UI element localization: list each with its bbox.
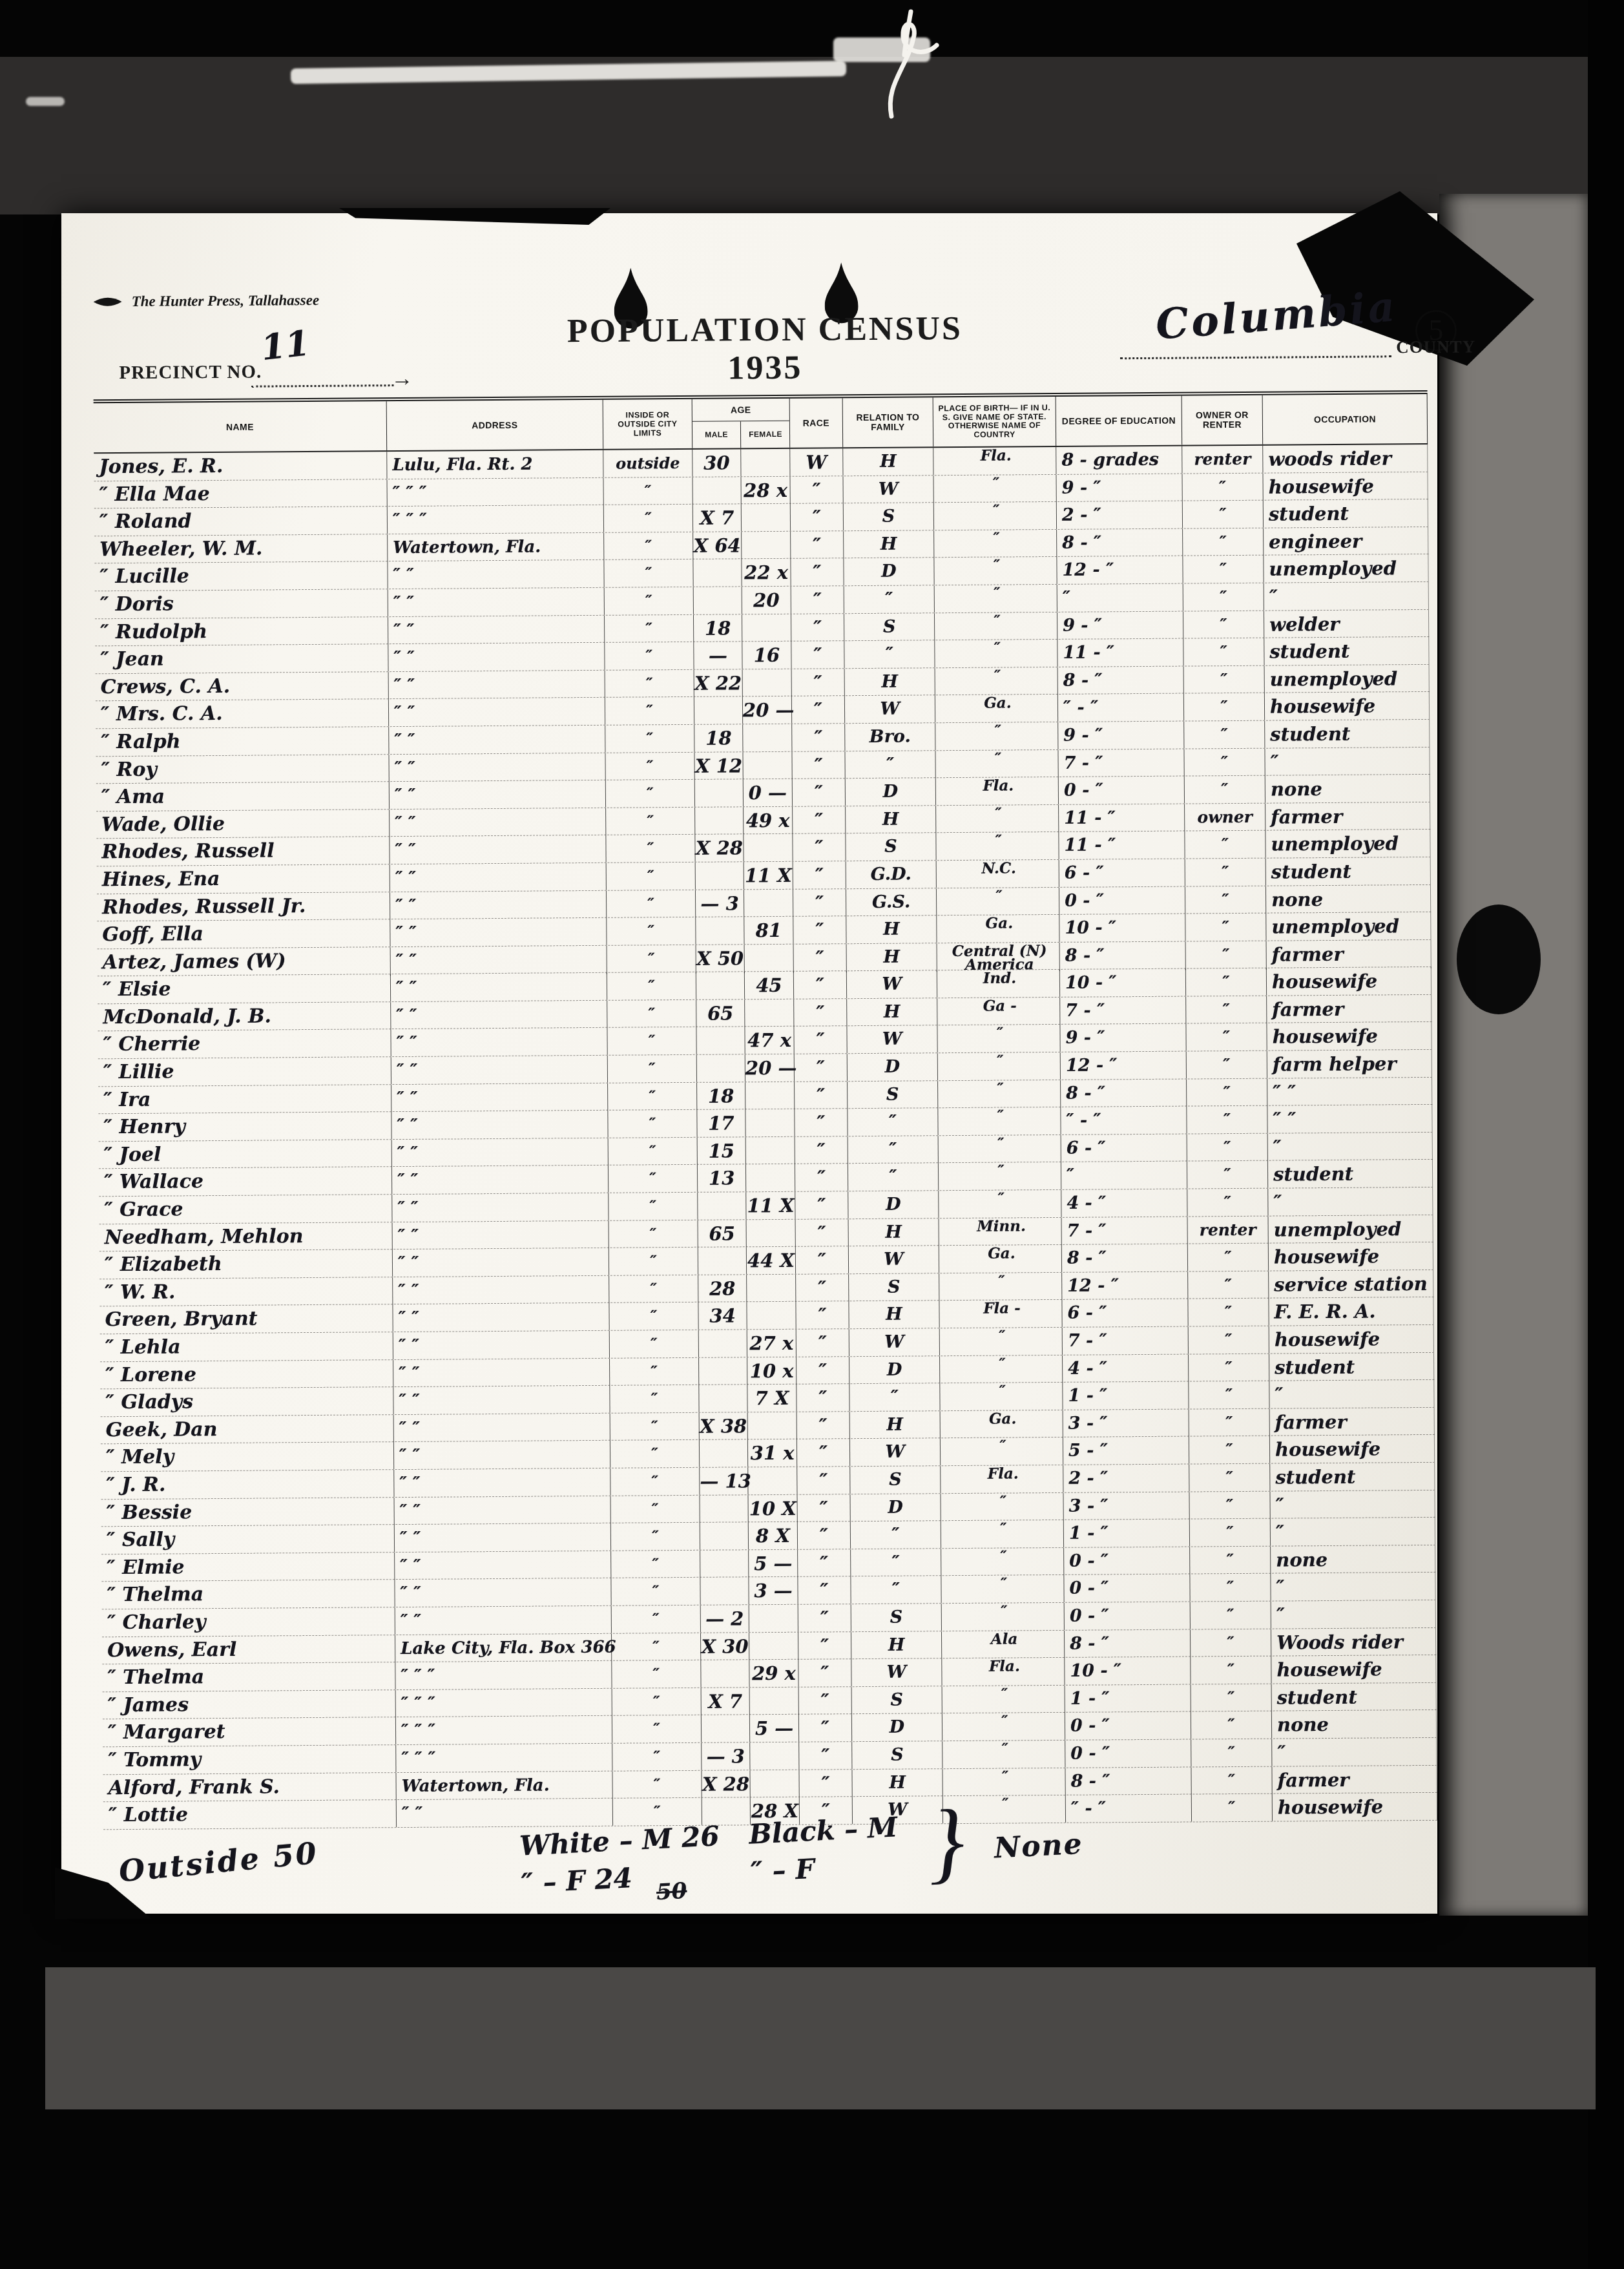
cell-occupation: housewife xyxy=(1269,1325,1434,1354)
cell-address: ″ ″ xyxy=(390,890,607,919)
cell-relation: H xyxy=(846,915,937,943)
cell-name: Owens, Earl xyxy=(102,1635,395,1664)
cell-name: Rhodes, Russell xyxy=(96,837,390,866)
cell-education: 0 - ″ xyxy=(1065,1739,1191,1767)
printer-imprint-text: The Hunter Press, Tallahassee xyxy=(131,292,319,310)
cell-relation: H xyxy=(846,806,936,833)
cell-male xyxy=(693,477,742,505)
cell-owner: ″ xyxy=(1183,583,1264,611)
cell-owner: ″ xyxy=(1189,1436,1270,1464)
cell-male: — 3 xyxy=(702,1742,750,1770)
cell-relation: ″ xyxy=(844,640,935,668)
cell-address: ″ ″ xyxy=(388,643,605,671)
age-label: Age xyxy=(692,399,789,422)
cell-owner: ″ xyxy=(1191,1684,1272,1711)
cell-birth: ″ xyxy=(935,667,1058,695)
cell-occupation: housewife xyxy=(1271,1655,1436,1684)
cell-birth: ″ xyxy=(936,805,1059,833)
cell-name: ″ Lucille xyxy=(94,562,388,591)
cell-birth: Ga. xyxy=(939,1245,1062,1273)
cell-relation: D xyxy=(848,1053,938,1081)
cell-name: ″ W. R. xyxy=(99,1277,393,1306)
cell-male: 18 xyxy=(697,1082,745,1110)
cell-male xyxy=(700,1578,749,1605)
cell-address: ″ ″ xyxy=(390,863,607,892)
census-rows: Jones, E. R.Lulu, Fla. Rt. 2outside30WHF… xyxy=(94,444,1437,1830)
cell-race: ″ xyxy=(791,586,844,614)
col-header-birth: Place of Birth— If in U. S. Give Name of… xyxy=(933,397,1057,446)
cell-female xyxy=(745,999,794,1027)
cell-education: 11 - ″ xyxy=(1059,804,1185,831)
cell-birth: ″ xyxy=(940,1383,1063,1410)
cell-education: 7 - ″ xyxy=(1062,1217,1188,1244)
cell-relation: ″ xyxy=(844,585,935,613)
cell-birth: Ga. xyxy=(941,1410,1063,1438)
cell-name: ″ Rudolph xyxy=(95,617,388,646)
cell-female xyxy=(748,1467,797,1495)
cell-occupation: student xyxy=(1264,499,1428,528)
cell-birth: ″ xyxy=(939,1273,1062,1301)
cell-male: X 38 xyxy=(700,1412,748,1440)
cell-occupation: farmer xyxy=(1267,995,1431,1023)
black-none-note: None xyxy=(994,1828,1085,1885)
cell-male: — 3 xyxy=(696,890,744,917)
cell-occupation: ″ xyxy=(1271,1573,1435,1601)
cell-race: ″ xyxy=(793,806,846,834)
cell-birth: N.C. xyxy=(937,860,1059,888)
cell-relation: S xyxy=(851,1604,942,1631)
cell-address: ″ ″ xyxy=(389,698,605,726)
cell-relation: S xyxy=(848,1081,938,1109)
cell-relation: W xyxy=(849,1246,939,1273)
cell-occupation: student xyxy=(1266,857,1431,886)
cell-race: ″ xyxy=(791,503,844,531)
cell-relation: H xyxy=(845,668,935,696)
cell-owner: ″ xyxy=(1187,1078,1267,1106)
cell-occupation: student xyxy=(1265,720,1430,748)
cell-race: ″ xyxy=(794,1027,847,1054)
cell-limits: ″ xyxy=(605,697,694,725)
cell-name: ″ Mely xyxy=(101,1442,394,1471)
cell-address: ″ ″ xyxy=(391,1028,607,1056)
cell-address: ″ ″ xyxy=(389,726,605,754)
black-male-count: Black – M xyxy=(748,1808,899,1854)
precinct-value: 11 xyxy=(259,322,312,368)
cell-limits: ″ xyxy=(610,1440,700,1468)
cell-address: ″ ″ xyxy=(393,1220,609,1249)
cell-education: 12 - ″ xyxy=(1061,1052,1187,1080)
cell-name: ″ Ralph xyxy=(96,727,389,756)
cell-owner: ″ xyxy=(1186,996,1267,1024)
cell-limits: ″ xyxy=(605,725,694,753)
cell-relation: W xyxy=(843,476,933,503)
cell-name: McDonald, J. B. xyxy=(98,1002,391,1031)
cell-owner: ″ xyxy=(1184,665,1265,693)
county-value: Columbia xyxy=(1154,282,1399,350)
cell-name: ″ J. R. xyxy=(101,1470,394,1499)
cell-address: ″ ″ xyxy=(390,808,606,837)
cell-race: ″ xyxy=(796,1357,849,1385)
cell-owner: ″ xyxy=(1190,1574,1271,1602)
cell-limits: ″ xyxy=(607,890,696,917)
cell-name: ″ Gladys xyxy=(100,1387,393,1416)
cell-male xyxy=(694,697,743,725)
cell-name: ″ Elizabeth xyxy=(99,1250,393,1279)
cell-relation: Bro. xyxy=(845,723,935,751)
cell-education: 1 - ″ xyxy=(1064,1520,1190,1547)
cell-address: ″ ″ xyxy=(388,615,605,643)
cell-address: ″ ″ xyxy=(391,1056,608,1084)
cell-occupation: student xyxy=(1264,637,1429,665)
cell-owner: ″ xyxy=(1191,1629,1271,1657)
cell-education: 10 - ″ xyxy=(1059,914,1185,942)
cell-occupation: housewife xyxy=(1267,1022,1431,1051)
cell-address: ″ ″ xyxy=(390,835,606,864)
cell-education: 8 - ″ xyxy=(1062,1244,1188,1272)
cell-race: ″ xyxy=(795,1191,848,1219)
cell-male xyxy=(696,1027,745,1055)
cell-limits: ″ xyxy=(605,642,694,670)
cell-owner: ″ xyxy=(1186,968,1267,996)
cell-limits: ″ xyxy=(607,1000,696,1028)
cell-race: ″ xyxy=(795,1109,848,1136)
cell-male: 18 xyxy=(694,614,742,642)
col-header-limits: Inside or Outside City Limits xyxy=(603,399,693,449)
cell-female: 5 — xyxy=(750,1715,799,1742)
cell-female xyxy=(747,1302,796,1330)
photo-right-edge xyxy=(1588,0,1624,2269)
cell-address: ″ ″ xyxy=(395,1496,611,1524)
cell-female: 11 X xyxy=(746,1192,795,1220)
white-total: 50 xyxy=(656,1879,722,1902)
cell-race: ″ xyxy=(796,1329,849,1357)
cell-education: 5 - ″ xyxy=(1063,1437,1189,1465)
cell-male xyxy=(700,1522,749,1550)
cell-occupation: ″ xyxy=(1268,1187,1433,1216)
cell-female: 28 x xyxy=(742,476,791,504)
table-header-row: Name Address Inside or Outside City Limi… xyxy=(94,394,1428,454)
cell-limits: ″ xyxy=(607,917,696,945)
cell-relation: S xyxy=(852,1741,942,1769)
cell-address: ″ ″ ″ xyxy=(388,505,604,534)
census-table: Name Address Inside or Outside City Limi… xyxy=(94,390,1437,1830)
cell-address: ″ ″ xyxy=(393,1303,609,1332)
cell-owner: ″ xyxy=(1188,1244,1269,1271)
cell-male xyxy=(699,1330,747,1357)
cell-birth: ″ xyxy=(937,887,1059,915)
cell-name: Jones, E. R. xyxy=(94,452,387,481)
cell-owner: owner xyxy=(1185,803,1265,831)
cell-male xyxy=(700,1440,748,1468)
cell-race: ″ xyxy=(793,889,846,917)
cell-owner: ″ xyxy=(1184,721,1265,749)
cell-address: ″ ″ ″ xyxy=(388,477,604,506)
cell-owner: ″ xyxy=(1183,638,1264,666)
cell-name: ″ Mrs. C. A. xyxy=(96,699,389,728)
cell-occupation: F. E. R. A. xyxy=(1269,1297,1433,1326)
cell-relation: S xyxy=(850,1466,941,1494)
cell-female xyxy=(744,834,793,862)
cell-male: X 64 xyxy=(693,532,742,559)
cell-address: ″ ″ xyxy=(393,1331,610,1359)
cell-owner: ″ xyxy=(1190,1546,1271,1574)
cell-relation: ″ xyxy=(845,751,935,779)
cell-name: ″ Margaret xyxy=(103,1717,396,1746)
cell-limits: ″ xyxy=(609,1248,698,1275)
cell-owner: ″ xyxy=(1184,693,1265,721)
cell-male xyxy=(695,807,744,835)
cell-race: ″ xyxy=(798,1494,851,1522)
cell-female: 45 xyxy=(745,972,794,999)
cell-occupation: ″ xyxy=(1269,1380,1434,1408)
cell-male: X 12 xyxy=(694,752,743,780)
cell-birth: Central (N) America xyxy=(937,943,1060,972)
cell-address: Lulu, Fla. Rt. 2 xyxy=(387,450,603,479)
col-header-female: Female xyxy=(741,421,790,448)
cell-education: 0 - ″ xyxy=(1065,1602,1191,1629)
cell-limits: ″ xyxy=(609,1302,698,1330)
cell-occupation: housewife xyxy=(1273,1793,1437,1821)
cell-birth: Fla. xyxy=(936,777,1059,805)
cell-address: ″ ″ xyxy=(391,1083,608,1111)
cell-relation: W xyxy=(847,971,937,999)
col-header-education: Degree of Education xyxy=(1056,396,1183,446)
cell-education: 10 - ″ xyxy=(1060,969,1186,997)
col-header-relation: Relation to Family xyxy=(843,397,934,447)
cell-race: ″ xyxy=(792,724,845,751)
cell-birth: ″ xyxy=(934,530,1057,558)
cell-owner: renter xyxy=(1188,1216,1269,1244)
cell-limits: ″ xyxy=(607,1027,696,1055)
cell-race: ″ xyxy=(792,751,845,779)
cell-education: 10 - ″ xyxy=(1065,1657,1191,1685)
cell-male xyxy=(699,1385,747,1412)
cell-male: X 7 xyxy=(702,1688,750,1715)
cell-race: ″ xyxy=(796,1274,849,1302)
cell-owner: ″ xyxy=(1192,1794,1273,1822)
cell-race: ″ xyxy=(798,1604,851,1632)
cell-relation: S xyxy=(844,503,934,530)
cell-birth: ″ xyxy=(935,585,1057,612)
cell-female: 7 X xyxy=(747,1385,796,1412)
cell-address: ″ ″ xyxy=(388,560,604,589)
cell-occupation: ″ xyxy=(1271,1518,1435,1546)
cell-relation: W xyxy=(851,1658,942,1686)
cell-occupation: ″ xyxy=(1264,582,1429,611)
cell-male: — 13 xyxy=(700,1467,748,1495)
cell-relation: H xyxy=(843,448,933,476)
cell-address: ″ ″ xyxy=(397,1799,613,1827)
cell-female xyxy=(750,1770,799,1797)
cell-name: ″ Wallace xyxy=(99,1167,392,1197)
cell-race: ″ xyxy=(799,1770,852,1797)
cell-owner: ″ xyxy=(1183,611,1264,638)
cell-female xyxy=(742,504,791,532)
cell-education: 7 - ″ xyxy=(1058,749,1184,777)
cell-birth: Ga - xyxy=(937,998,1060,1025)
cell-female: 27 x xyxy=(747,1330,796,1357)
cell-owner: ″ xyxy=(1191,1739,1272,1767)
cell-education: 0 - ″ xyxy=(1059,886,1185,914)
cell-education: 0 - ″ xyxy=(1065,1712,1191,1740)
cell-limits: ″ xyxy=(605,614,694,642)
cell-owner: ″ xyxy=(1191,1711,1272,1739)
cell-education: 9 - ″ xyxy=(1058,721,1184,749)
cell-relation: S xyxy=(852,1686,942,1714)
cell-birth: ″ xyxy=(934,502,1057,530)
cell-address: ″ ″ xyxy=(389,753,605,781)
cell-birth: ″ xyxy=(941,1575,1064,1603)
cell-birth: Fla. xyxy=(942,1658,1065,1686)
cell-male xyxy=(696,862,744,890)
precinct-label: PRECINCT NO. xyxy=(119,362,262,384)
cell-name: ″ James xyxy=(103,1690,396,1719)
cell-name: ″ Joel xyxy=(99,1140,392,1169)
cell-race: ″ xyxy=(798,1659,851,1687)
cell-birth: ″ xyxy=(937,1025,1060,1052)
cell-occupation: unemployed xyxy=(1266,912,1431,941)
cell-limits: outside xyxy=(603,450,692,477)
cell-limits: ″ xyxy=(612,1715,702,1743)
cell-relation: ″ xyxy=(851,1576,941,1604)
cell-limits: ″ xyxy=(607,863,696,890)
cell-limits: ″ xyxy=(607,945,696,974)
cell-occupation: student xyxy=(1270,1463,1435,1491)
cell-address: ″ ″ xyxy=(390,780,606,809)
cell-owner: ″ xyxy=(1185,886,1266,914)
cell-relation: H xyxy=(850,1411,941,1439)
cell-name: ″ Jean xyxy=(95,644,388,673)
cell-race: ″ xyxy=(798,1632,851,1660)
cell-occupation: ″ ″ xyxy=(1267,1105,1432,1133)
cell-relation: H xyxy=(844,530,934,558)
cell-address: Watertown, Fla. xyxy=(388,533,604,561)
cell-education: 9 - ″ xyxy=(1056,474,1182,501)
cell-limits: ″ xyxy=(612,1633,701,1660)
printer-logo-icon xyxy=(92,293,122,310)
cell-female: 47 x xyxy=(745,1027,794,1054)
cell-name: ″ Elsie xyxy=(98,974,391,1003)
cell-race: ″ xyxy=(794,944,847,973)
cell-name: ″ Doris xyxy=(95,589,388,618)
cell-race: ″ xyxy=(796,1246,849,1274)
cell-relation: W xyxy=(850,1439,941,1467)
cell-male xyxy=(702,1715,750,1743)
cell-birth: Ga. xyxy=(935,695,1058,722)
cell-address: ″ ″ xyxy=(394,1414,610,1442)
cell-limits: ″ xyxy=(609,1220,698,1248)
cell-birth: ″ xyxy=(938,1052,1061,1080)
cell-name: Artez, James (W) xyxy=(98,947,391,978)
cell-address: ″ ″ ″ xyxy=(396,1688,612,1717)
cell-limits: ″ xyxy=(604,505,693,532)
cell-limits: ″ xyxy=(612,1743,702,1771)
cell-address: Watertown, Fla. xyxy=(396,1771,612,1799)
cell-female: 10 x xyxy=(747,1357,796,1385)
cell-owner: ″ xyxy=(1184,748,1265,776)
cell-education: 8 - ″ xyxy=(1061,1079,1187,1107)
cell-relation: H xyxy=(847,943,937,972)
cell-male: X 28 xyxy=(695,835,744,863)
cell-race: ″ xyxy=(796,1384,849,1412)
cell-relation: G.D. xyxy=(846,861,937,888)
cell-male: 30 xyxy=(692,449,741,477)
cell-address: ″ ″ ″ xyxy=(396,1744,612,1772)
cell-name: ″ Roy xyxy=(96,755,389,784)
cell-owner: ″ xyxy=(1183,556,1264,583)
cell-limits: ″ xyxy=(609,1138,698,1166)
cell-birth: Fla - xyxy=(939,1300,1062,1328)
cell-female: 0 — xyxy=(744,779,793,807)
cell-name: Hines, Ena xyxy=(97,864,390,894)
cell-occupation: ″ xyxy=(1271,1600,1436,1629)
cell-education: ″ - ″ xyxy=(1058,694,1184,722)
cell-limits: ″ xyxy=(611,1523,700,1551)
cell-male xyxy=(700,1550,749,1578)
cell-address: ″ ″ xyxy=(393,1386,610,1414)
cell-race: ″ xyxy=(799,1742,852,1770)
cell-male: 17 xyxy=(697,1110,745,1138)
cell-owner: ″ xyxy=(1189,1326,1269,1354)
cell-birth: ″ xyxy=(938,1080,1061,1108)
cell-owner: ″ xyxy=(1186,1023,1267,1051)
cell-address: ″ ″ xyxy=(395,1551,611,1580)
cell-occupation: woods rider xyxy=(1263,444,1428,473)
cell-relation: H xyxy=(851,1631,942,1659)
cell-occupation: farmer xyxy=(1272,1765,1437,1793)
cell-occupation: housewife xyxy=(1265,692,1430,720)
photo-blemish xyxy=(1457,904,1541,1014)
cell-education: 8 - ″ xyxy=(1058,666,1184,694)
cell-relation: ″ xyxy=(851,1521,941,1549)
cell-address: ″ ″ xyxy=(388,588,605,616)
cell-limits: ″ xyxy=(608,1082,697,1110)
cell-owner: ″ xyxy=(1190,1519,1271,1547)
cell-race: ″ xyxy=(796,1302,849,1330)
cell-occupation: farmer xyxy=(1270,1408,1435,1436)
cell-occupation: unemployed xyxy=(1264,554,1428,583)
cell-male: 15 xyxy=(698,1137,746,1165)
cell-male: X 7 xyxy=(693,505,742,532)
cell-education: 6 - ″ xyxy=(1062,1299,1188,1327)
cell-female xyxy=(749,1605,798,1633)
cell-occupation: unemployed xyxy=(1265,665,1430,693)
cell-male xyxy=(698,1248,747,1275)
cell-birth: ″ xyxy=(942,1713,1065,1741)
cell-education: 8 - ″ xyxy=(1065,1767,1191,1795)
cell-name: ″ Ella Mae xyxy=(94,479,388,508)
cell-birth: Ind. xyxy=(937,970,1060,998)
col-header-race: Race xyxy=(790,398,844,448)
cell-owner: ″ xyxy=(1185,914,1266,941)
cell-owner: ″ xyxy=(1187,1106,1267,1134)
cell-male xyxy=(694,587,742,614)
cell-birth: ″ xyxy=(942,1686,1065,1713)
cell-occupation: engineer xyxy=(1264,527,1428,556)
cell-race: ″ xyxy=(796,1219,849,1247)
cell-male: X 50 xyxy=(696,945,745,974)
cell-relation: D xyxy=(848,1191,939,1218)
cell-name: ″ Sally xyxy=(101,1525,395,1554)
cell-female: 10 X xyxy=(749,1494,798,1522)
cell-race: ″ xyxy=(798,1577,851,1605)
cell-female xyxy=(746,1164,795,1192)
cell-address: ″ ″ ″ xyxy=(396,1716,612,1744)
cell-race: ″ xyxy=(797,1467,850,1494)
cell-birth: Ala xyxy=(942,1630,1065,1658)
cell-name: Needham, Mehlon xyxy=(99,1222,393,1251)
cell-birth: ″ xyxy=(939,1135,1061,1163)
